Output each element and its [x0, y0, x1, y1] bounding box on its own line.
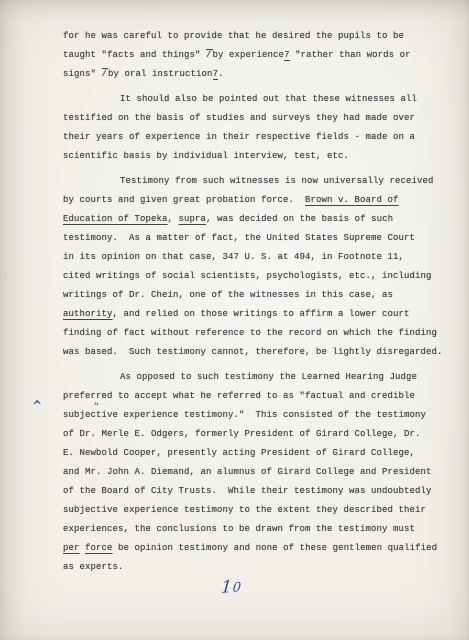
text-segment: E. Newbold Cooper, presently acting Pres…	[63, 448, 415, 458]
text-segment: It should also be pointed out that these…	[120, 94, 417, 104]
text-segment: subjective experience testimony to the e…	[63, 505, 426, 515]
text-segment: and Mr. John A. Diemand, an alumnus of G…	[63, 467, 432, 477]
text-segment: by experience	[213, 50, 285, 60]
text-segment: signs"	[63, 69, 102, 79]
paragraph: It should also be pointed out that these…	[63, 90, 443, 166]
text-segment: subjective experience testimony." This c…	[63, 410, 426, 420]
text-line: of the Board of City Trusts. While their…	[63, 482, 443, 501]
text-segment: cited writings of social scientists, psy…	[63, 271, 432, 281]
text-line: writings of Dr. Chein, one of the witnes…	[63, 286, 443, 305]
text-segment: writings of Dr. Chein, one of the witnes…	[63, 290, 393, 300]
underlined-text-segment: authority	[63, 309, 113, 319]
text-line: signs" /by oral instruction7.	[63, 65, 443, 84]
proofreader-caret-icon: ^	[32, 399, 42, 414]
text-line: in its opinion on that case, 347 U. S. a…	[63, 248, 443, 267]
handwritten-page-number: 10	[220, 576, 243, 598]
underlined-text-segment: Brown v. Board of	[305, 195, 399, 205]
text-line: by courts and given great probation forc…	[63, 191, 443, 210]
text-line: Testimony from such witnesses is now uni…	[63, 172, 443, 191]
text-segment: scientific basis by individual interview…	[63, 151, 349, 161]
text-line: preferred to accept what he referred to …	[63, 387, 443, 406]
text-line: their years of experience in their respe…	[63, 128, 443, 147]
underlined-text-segment: Education of Topeka	[63, 214, 168, 224]
text-line: was based. Such testimony cannot, theref…	[63, 343, 443, 362]
paragraph: As opposed to such testimony the Learned…	[63, 368, 443, 577]
text-line: E. Newbold Cooper, presently acting Pres…	[63, 444, 443, 463]
text-line: testimony. As a matter of fact, the Unit…	[63, 229, 443, 248]
text-segment: by courts and given great probation forc…	[63, 195, 305, 205]
underlined-text-segment: per	[63, 543, 80, 553]
text-segment: As opposed to such testimony the Learned…	[120, 372, 417, 382]
paragraph: for he was careful to provide that he de…	[63, 27, 443, 84]
text-segment: of Dr. Merle E. Odgers, formerly Preside…	[63, 429, 421, 439]
text-segment: their years of experience in their respe…	[63, 132, 415, 142]
text-segment: taught "facts and things"	[63, 50, 206, 60]
text-line: authority, and relied on those writings …	[63, 305, 443, 324]
text-segment: be opinion testimony and none of these g…	[113, 543, 438, 553]
text-segment: .	[218, 69, 224, 79]
text-line: It should also be pointed out that these…	[63, 90, 443, 109]
text-segment: , and relied on those writings to affirm…	[113, 309, 410, 319]
text-line: subjective experience testimony." This c…	[63, 406, 443, 425]
text-line: taught "facts and things" /by experience…	[63, 46, 443, 65]
underlined-text-segment: force	[85, 543, 113, 553]
text-line: of Dr. Merle E. Odgers, formerly Preside…	[63, 425, 443, 444]
text-segment: finding of fact without reference to the…	[63, 328, 437, 338]
text-segment: preferred to accept what he referred to …	[63, 391, 415, 401]
text-segment: experiences, the conclusions to be drawn…	[63, 524, 415, 534]
text-line: per force be opinion testimony and none …	[63, 539, 443, 558]
text-line: experiences, the conclusions to be drawn…	[63, 520, 443, 539]
text-segment: testimony. As a matter of fact, the Unit…	[63, 233, 415, 243]
text-segment: of the Board of City Trusts. While their…	[63, 486, 432, 496]
paragraph: Testimony from such witnesses is now uni…	[63, 172, 443, 362]
text-segment: Testimony from such witnesses is now uni…	[120, 176, 434, 186]
text-segment: testified on the basis of studies and su…	[63, 113, 415, 123]
text-segment: in its opinion on that case, 347 U. S. a…	[63, 252, 404, 262]
text-segment: was based. Such testimony cannot, theref…	[63, 347, 443, 357]
text-line: as experts.	[63, 558, 443, 577]
text-line: finding of fact without reference to the…	[63, 324, 443, 343]
text-line: scientific basis by individual interview…	[63, 147, 443, 166]
text-segment: ,	[168, 214, 179, 224]
text-line: and Mr. John A. Diemand, an alumnus of G…	[63, 463, 443, 482]
text-segment: as experts.	[63, 562, 124, 572]
text-segment: by oral instruction	[108, 69, 213, 79]
document-body: for he was careful to provide that he de…	[63, 27, 443, 583]
text-line: cited writings of social scientists, psy…	[63, 267, 443, 286]
text-line: testified on the basis of studies and su…	[63, 109, 443, 128]
text-line: As opposed to such testimony the Learned…	[63, 368, 443, 387]
text-line: subjective experience testimony to the e…	[63, 501, 443, 520]
text-line: Education of Topeka, supra, was decided …	[63, 210, 443, 229]
text-segment: for he was careful to provide that he de…	[63, 31, 404, 41]
text-line: for he was careful to provide that he de…	[63, 27, 443, 46]
text-segment: "rather than words or	[290, 50, 411, 60]
text-segment: , was decided on the basis of such	[206, 214, 393, 224]
underlined-text-segment: supra	[179, 214, 207, 224]
scanned-document-page: for he was careful to provide that he de…	[0, 0, 469, 640]
margin-smudge: :	[4, 273, 6, 281]
